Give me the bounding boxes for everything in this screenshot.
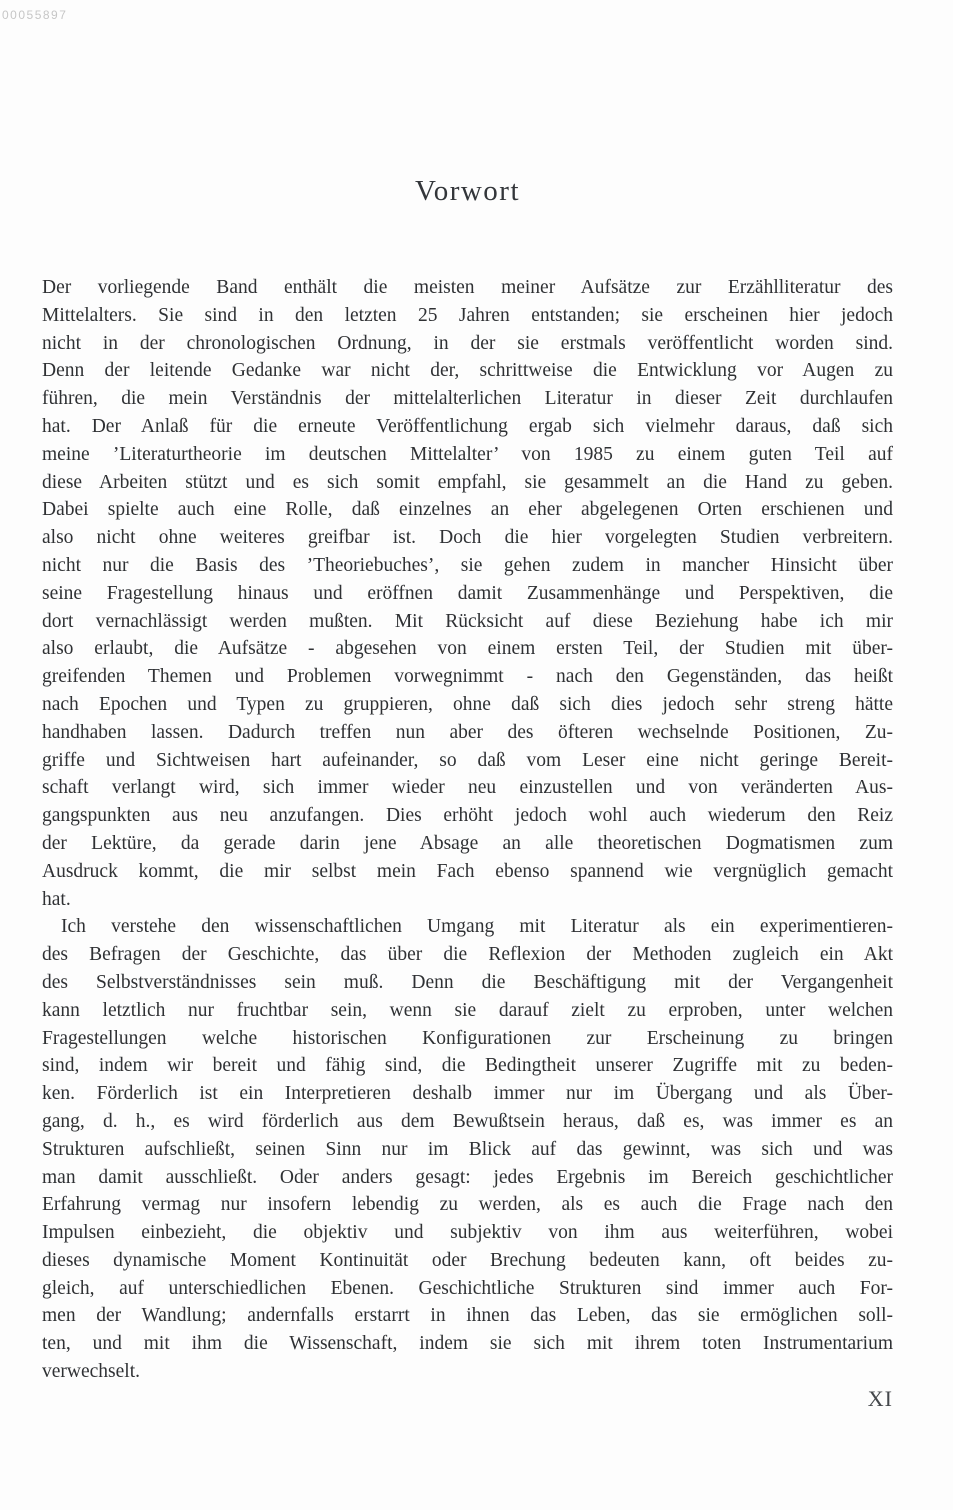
- scan-id-stamp: 00055897: [2, 8, 67, 22]
- page-title: Vorwort: [42, 175, 893, 208]
- text-line: nach Epochen und Typen zu gruppieren, oh…: [42, 691, 893, 719]
- text-line: dort vernachlässigt werden mußten. Mit R…: [42, 608, 893, 636]
- text-line: also erlaubt, die Aufsätze - abgesehen v…: [42, 635, 893, 663]
- text-line: verwechselt.: [42, 1358, 893, 1386]
- text-line: gleich, auf unterschiedlichen Ebenen. Ge…: [42, 1275, 893, 1303]
- text-line: meine ’Literaturtheorie im deutschen Mit…: [42, 441, 893, 469]
- text-line: Ich verstehe den wissenschaftlichen Umga…: [42, 913, 893, 941]
- text-line: also nicht ohne weiteres greifbar ist. D…: [42, 524, 893, 552]
- text-line: handhaben lassen. Dadurch treffen nun ab…: [42, 719, 893, 747]
- scanned-book-page: 00055897 Vorwort Der vorliegende Band en…: [0, 0, 953, 1510]
- text-line: seine Fragestellung hinaus und eröffnen …: [42, 580, 893, 608]
- text-line: Denn der leitende Gedanke war nicht der,…: [42, 357, 893, 385]
- text-line: ken. Förderlich ist ein Interpretieren d…: [42, 1080, 893, 1108]
- text-line: der Lektüre, da gerade darin jene Absage…: [42, 830, 893, 858]
- text-line: Der vorliegende Band enthält die meisten…: [42, 274, 893, 302]
- text-line: Strukturen aufschließt, seinen Sinn nur …: [42, 1136, 893, 1164]
- text-line: des Selbstverständnisses sein muß. Denn …: [42, 969, 893, 997]
- text-line: nicht nur die Basis des ’Theoriebuches’,…: [42, 552, 893, 580]
- text-line: führen, die mein Verständnis der mittela…: [42, 385, 893, 413]
- text-line: man damit ausschließt. Oder anders gesag…: [42, 1164, 893, 1192]
- text-line: gang, d. h., es wird förderlich aus dem …: [42, 1108, 893, 1136]
- text-line: hat.: [42, 886, 893, 914]
- preface-body: Der vorliegende Band enthält die meisten…: [42, 274, 893, 1386]
- text-line: Mittelalters. Sie sind in den letzten 25…: [42, 302, 893, 330]
- page-number: XI: [42, 1386, 893, 1412]
- text-line: des Befragen der Geschichte, das über di…: [42, 941, 893, 969]
- text-line: ten, und mit ihm die Wissenschaft, indem…: [42, 1330, 893, 1358]
- text-line: Ausdruck kommt, die mir selbst mein Fach…: [42, 858, 893, 886]
- text-line: nicht in der chronologischen Ordnung, in…: [42, 330, 893, 358]
- text-line: Dabei spielte auch eine Rolle, daß einze…: [42, 496, 893, 524]
- text-line: hat. Der Anlaß für die erneute Veröffent…: [42, 413, 893, 441]
- text-line: dieses dynamische Moment Kontinuität ode…: [42, 1247, 893, 1275]
- text-line: Fragestellungen welche historischen Konf…: [42, 1025, 893, 1053]
- text-line: greifenden Themen und Problemen vorwegni…: [42, 663, 893, 691]
- text-line: gangspunkten aus neu anzufangen. Dies er…: [42, 802, 893, 830]
- text-line: kann letztlich nur fruchtbar sein, wenn …: [42, 997, 893, 1025]
- text-line: Impulsen einbezieht, die objektiv und su…: [42, 1219, 893, 1247]
- text-line: sind, indem wir bereit und fähig sind, d…: [42, 1052, 893, 1080]
- text-line: griffe und Sichtweisen hart aufeinander,…: [42, 747, 893, 775]
- text-line: diese Arbeiten stützt und es sich somit …: [42, 469, 893, 497]
- text-line: Erfahrung vermag nur insofern lebendig z…: [42, 1191, 893, 1219]
- text-line: schaft verlangt wird, sich immer wieder …: [42, 774, 893, 802]
- text-line: men der Wandlung; andernfalls erstarrt i…: [42, 1302, 893, 1330]
